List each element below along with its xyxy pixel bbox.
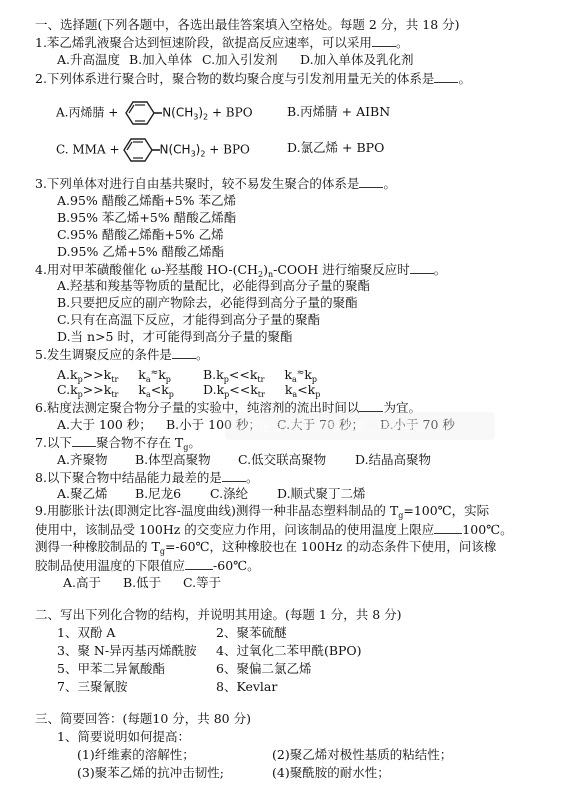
answer-blank[interactable] xyxy=(434,521,462,534)
q6-option-d: D.小于 70 秒 xyxy=(380,417,455,433)
answer-blank[interactable] xyxy=(434,70,458,83)
section1-heading: 一、选择题(下列各题中，各选出最佳答案填入空格处。每题 2 分，共 18 分) xyxy=(35,17,460,33)
q8-stem: 8.以下聚合物中结晶能力最差的是。 xyxy=(35,469,258,486)
q1-option-a: A.升高温度 xyxy=(57,52,120,68)
section2-item-8: 8、Kevlar xyxy=(216,679,277,695)
section3-q1-item-3: (3)聚苯乙烯的抗冲击韧性; xyxy=(77,765,224,781)
section3-heading: 三、简要回答：(每题10 分，共 80 分) xyxy=(35,711,251,727)
q8-option-b: B.尼龙6 xyxy=(135,486,181,502)
answer-blank[interactable] xyxy=(372,34,396,47)
q6-stem: 6.粘度法测定聚合物分子量的实验中，纯溶剂的流出时间以为宜。 xyxy=(35,399,421,416)
q8-option-c: C.涤纶 xyxy=(210,486,248,502)
q2-option-c: C. MMA + N(CH3)2 + BPO xyxy=(56,136,250,164)
q1-option-c: C.加入引发剂 xyxy=(202,52,278,68)
q7-option-b: B.体型高聚物 xyxy=(135,452,211,468)
section2-item-5: 5、甲苯二异氰酸酯 xyxy=(57,661,165,677)
q6-option-c: C.大于 70 秒； xyxy=(277,417,364,433)
q7-option-c: C.低交联高聚物 xyxy=(238,452,326,468)
answer-blank[interactable] xyxy=(359,175,383,188)
answer-blank[interactable] xyxy=(72,434,96,447)
q9-option-a: A.高于 xyxy=(63,575,101,591)
q3-option-c: C.95% 醋酸乙烯酯+5% 乙烯 xyxy=(57,227,224,243)
q2-stem: 2.下列体系进行聚合时，聚合物的数均聚合度与引发剂用量无关的体系是。 xyxy=(35,70,471,87)
q9-option-b: B.低于 xyxy=(123,575,161,591)
q7-option-a: A.齐聚物 xyxy=(57,452,108,468)
q3-stem: 3.下列单体对进行自由基共聚时，较不易发生聚合的体系是。 xyxy=(35,175,396,192)
section2-heading: 二、写出下列化合物的结构，并说明其用途。(每题 1 分，共 8 分) xyxy=(35,607,402,623)
q4-option-b: B.只要把反应的副产物除去，必能得到高分子量的聚酯 xyxy=(57,295,358,311)
q3-option-b: B.95% 苯乙烯+5% 醋酸乙烯酯 xyxy=(57,210,236,226)
section3-q1-item-2: (2)聚乙烯对极性基质的粘结性； xyxy=(272,747,452,763)
q6-option-b: B.小于 100 秒； xyxy=(166,417,261,433)
answer-blank[interactable] xyxy=(222,469,246,482)
q5-stem: 5.发生调聚反应的条件是。 xyxy=(35,346,208,363)
benzene-ring-icon xyxy=(120,136,160,164)
exam-page: 一、选择题(下列各题中，各选出最佳答案填入空格处。每题 2 分，共 18 分) … xyxy=(0,0,563,812)
q4-option-d: D.当 n>5 时，才可能得到高分子量的聚酯 xyxy=(57,329,292,345)
q9-option-c: C.等于 xyxy=(183,575,221,591)
q3-option-d: D.95% 乙烯+5% 醋酸乙烯酯 xyxy=(57,244,224,260)
q8-option-d: D.顺式聚丁二烯 xyxy=(277,486,366,502)
q4-option-c: C.只有在高温下反应，才能得到高分子量的聚酯 xyxy=(57,312,320,328)
q1-option-d: D.加入单体及乳化剂 xyxy=(300,52,414,68)
answer-blank[interactable] xyxy=(172,346,196,359)
q7-option-d: D.结晶高聚物 xyxy=(355,452,431,468)
q3-option-a: A.95% 醋酸乙烯酯+5% 苯乙烯 xyxy=(57,193,236,209)
q8-option-a: A.聚乙烯 xyxy=(57,486,108,502)
q1-stem: 1.苯乙烯乳液聚合达到恒速阶段，欲提高反应速率，可以采用。 xyxy=(35,34,408,51)
answer-blank[interactable] xyxy=(410,261,434,274)
benzene-ring-icon xyxy=(122,99,162,127)
q4-option-a: A.羟基和羧基等物质的量配比，必能得到高分子量的聚酯 xyxy=(57,278,370,294)
section2-item-6: 6、聚偏二氯乙烯 xyxy=(216,661,311,677)
q2-option-b: B.丙烯腈 + AIBN xyxy=(287,104,390,120)
q6-option-a: A.大于 100 秒； xyxy=(57,417,152,433)
q2-option-a: A.丙烯腈 + N(CH3)2 + BPO xyxy=(56,99,253,127)
q9-line4: 胶制品使用温度的下限值应-60℃。 xyxy=(35,557,260,574)
section2-item-7: 7、三聚氰胺 xyxy=(57,679,127,695)
section3-q1-item-1: (1)纤维素的溶解性； xyxy=(77,747,195,763)
section2-item-1: 1、双酚 A xyxy=(57,625,115,641)
q9-line2: 使用中，该制品受 100Hz 的交变应力作用，问该制品的使用温度上限应100℃。 xyxy=(35,521,513,538)
q1-option-b: B.加入单体 xyxy=(129,52,192,68)
section2-item-4: 4、过氧化二苯甲酰(BPO) xyxy=(216,643,362,659)
q2-option-d: D.氯乙烯 + BPO xyxy=(287,140,384,156)
section2-item-2: 2、聚苯硫醚 xyxy=(216,625,286,641)
section2-item-3: 3、聚 N-异丙基丙烯酰胺 xyxy=(57,643,197,659)
answer-blank[interactable] xyxy=(185,557,213,570)
section3-q1-item-4: (4)聚酰胺的耐水性； xyxy=(272,765,390,781)
section3-q1-stem: 1、简要说明如何提高： xyxy=(57,729,190,745)
answer-blank[interactable] xyxy=(359,399,383,412)
